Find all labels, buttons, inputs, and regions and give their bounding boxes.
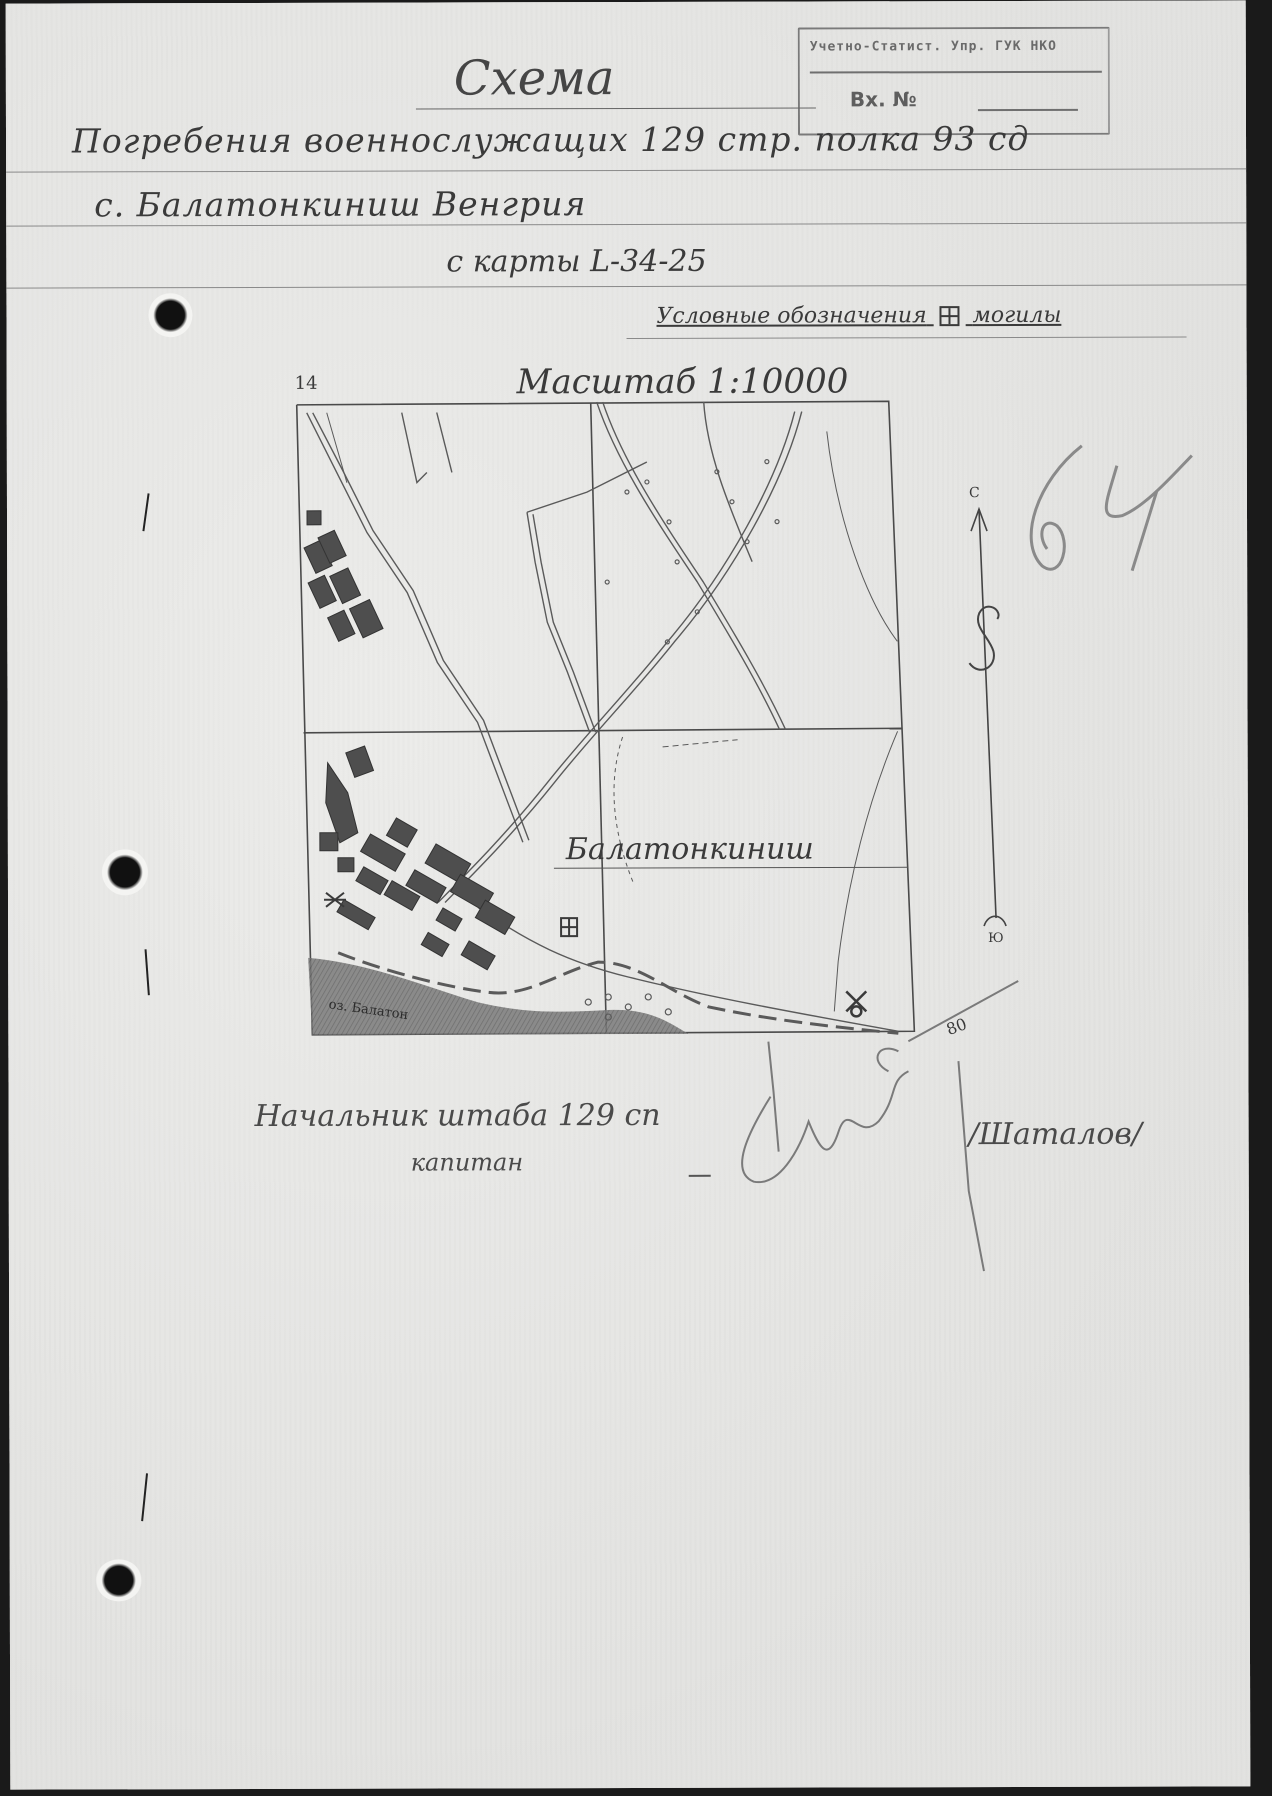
orchard-markers bbox=[584, 460, 780, 1021]
punch-hole-2 bbox=[102, 849, 148, 895]
village-label: Балатонкиниш bbox=[566, 832, 814, 868]
north-label: С bbox=[969, 485, 980, 501]
signature-dash bbox=[689, 1175, 711, 1177]
grave-marker-on-map bbox=[561, 918, 577, 936]
lake-balaton-area bbox=[308, 957, 688, 1035]
map-frame bbox=[297, 401, 915, 1035]
roads bbox=[307, 401, 899, 1035]
north-south-arrow bbox=[969, 509, 1006, 926]
document-page: Учетно-Статист. Упр. ГУК НКО Вх. № Схема… bbox=[6, 0, 1251, 1789]
village-label-underline bbox=[554, 867, 908, 868]
windmill-icon bbox=[846, 991, 866, 1016]
signature-name: /Шаталов/ bbox=[969, 1117, 1142, 1152]
punch-hole-3 bbox=[96, 1559, 142, 1601]
signature-rank: капитан bbox=[411, 1148, 524, 1176]
signature-position: Начальник штаба 129 сп bbox=[255, 1098, 661, 1134]
archive-number: 64 bbox=[1037, 441, 1154, 548]
punch-hole-1 bbox=[148, 293, 192, 337]
burial-scheme-map bbox=[6, 0, 1251, 1789]
south-label: Ю bbox=[988, 931, 1004, 946]
cemetery-cross-icon bbox=[324, 893, 346, 907]
